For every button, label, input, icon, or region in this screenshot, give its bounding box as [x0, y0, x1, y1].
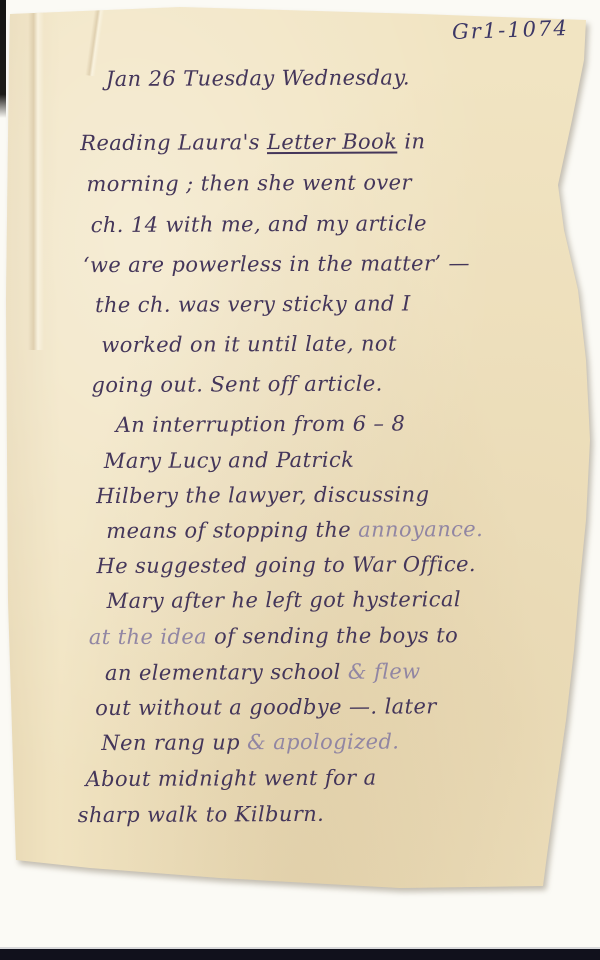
manuscript-text-segment: Reading Laura's — [80, 130, 267, 155]
manuscript-page: Gr1-1074 Jan 26 Tuesday Wednesday.Readin… — [0, 0, 600, 960]
manuscript-text-segment: He suggested going to War Office. — [96, 552, 476, 578]
manuscript-text-segment: ‘we are powerless in the matter’ — — [83, 251, 470, 277]
manuscript-text: Jan 26 Tuesday Wednesday.Reading Laura's… — [0, 0, 600, 960]
manuscript-text-segment: means of stopping the — [106, 518, 358, 543]
manuscript-line: going out. Sent off article. — [91, 372, 382, 398]
manuscript-text-segment: Jan 26 Tuesday Wednesday. — [106, 65, 410, 91]
manuscript-text-segment: An interruption from 6 – 8 — [116, 411, 406, 437]
manuscript-line: Mary after he left got hysterical — [107, 587, 461, 613]
scan-bottom-strip — [0, 947, 600, 960]
manuscript-text-segment: Hilbery the lawyer, discussing — [96, 482, 429, 508]
manuscript-text-segment: in — [397, 129, 425, 153]
manuscript-text-segment: out without a goodbye —. later — [95, 694, 437, 720]
manuscript-line: out without a goodbye —. later — [95, 694, 437, 720]
manuscript-line: morning ; then she went over — [86, 170, 412, 196]
manuscript-line: Hilbery the lawyer, discussing — [96, 482, 429, 508]
manuscript-text-segment: worked on it until late, not — [101, 331, 397, 357]
manuscript-text-segment: Letter Book — [267, 129, 397, 154]
manuscript-text-segment: an elementary school — [105, 660, 348, 685]
manuscript-text-segment: Mary Lucy and Patrick — [104, 448, 354, 473]
manuscript-line: He suggested going to War Office. — [96, 552, 476, 578]
manuscript-text-segment: going out. Sent off article. — [91, 372, 382, 398]
paper-shadow: Gr1-1074 Jan 26 Tuesday Wednesday.Readin… — [0, 0, 600, 960]
manuscript-text-segment: ch. 14 with me, and my article — [91, 211, 427, 237]
manuscript-line: means of stopping the annoyance. — [106, 517, 483, 543]
manuscript-line: worked on it until late, not — [101, 331, 397, 357]
manuscript-text-segment: About midnight went for a — [86, 766, 377, 792]
manuscript-line: Reading Laura's Letter Book in — [80, 129, 425, 155]
manuscript-line: sharp walk to Kilburn. — [78, 802, 325, 827]
manuscript-line: at the idea of sending the boys to — [89, 623, 458, 649]
manuscript-line: About midnight went for a — [86, 766, 377, 792]
manuscript-text-segment: & flew — [348, 659, 421, 683]
manuscript-line: an elementary school & flew — [105, 659, 421, 685]
manuscript-text-segment: Mary after he left got hysterical — [107, 587, 461, 613]
manuscript-text-segment: morning ; then she went over — [86, 170, 412, 196]
manuscript-line: Mary Lucy and Patrick — [104, 448, 354, 473]
manuscript-text-segment: Nen rang up — [101, 730, 247, 755]
manuscript-text-segment: annoyance. — [358, 517, 483, 542]
manuscript-line: the ch. was very sticky and I — [95, 291, 411, 317]
manuscript-text-segment: sharp walk to Kilburn. — [78, 802, 325, 827]
manuscript-line: Jan 26 Tuesday Wednesday. — [106, 65, 410, 91]
manuscript-text-segment: at the idea — [89, 624, 214, 649]
manuscript-text-segment: of sending the boys to — [214, 623, 458, 648]
manuscript-line: ch. 14 with me, and my article — [91, 211, 427, 237]
manuscript-line: ‘we are powerless in the matter’ — — [83, 251, 470, 277]
manuscript-text-segment: & apologized. — [247, 729, 399, 754]
manuscript-line: Nen rang up & apologized. — [101, 729, 399, 755]
manuscript-line: An interruption from 6 – 8 — [116, 411, 406, 437]
scanned-manuscript: Gr1-1074 Jan 26 Tuesday Wednesday.Readin… — [0, 0, 600, 960]
manuscript-text-segment: the ch. was very sticky and I — [95, 291, 411, 317]
